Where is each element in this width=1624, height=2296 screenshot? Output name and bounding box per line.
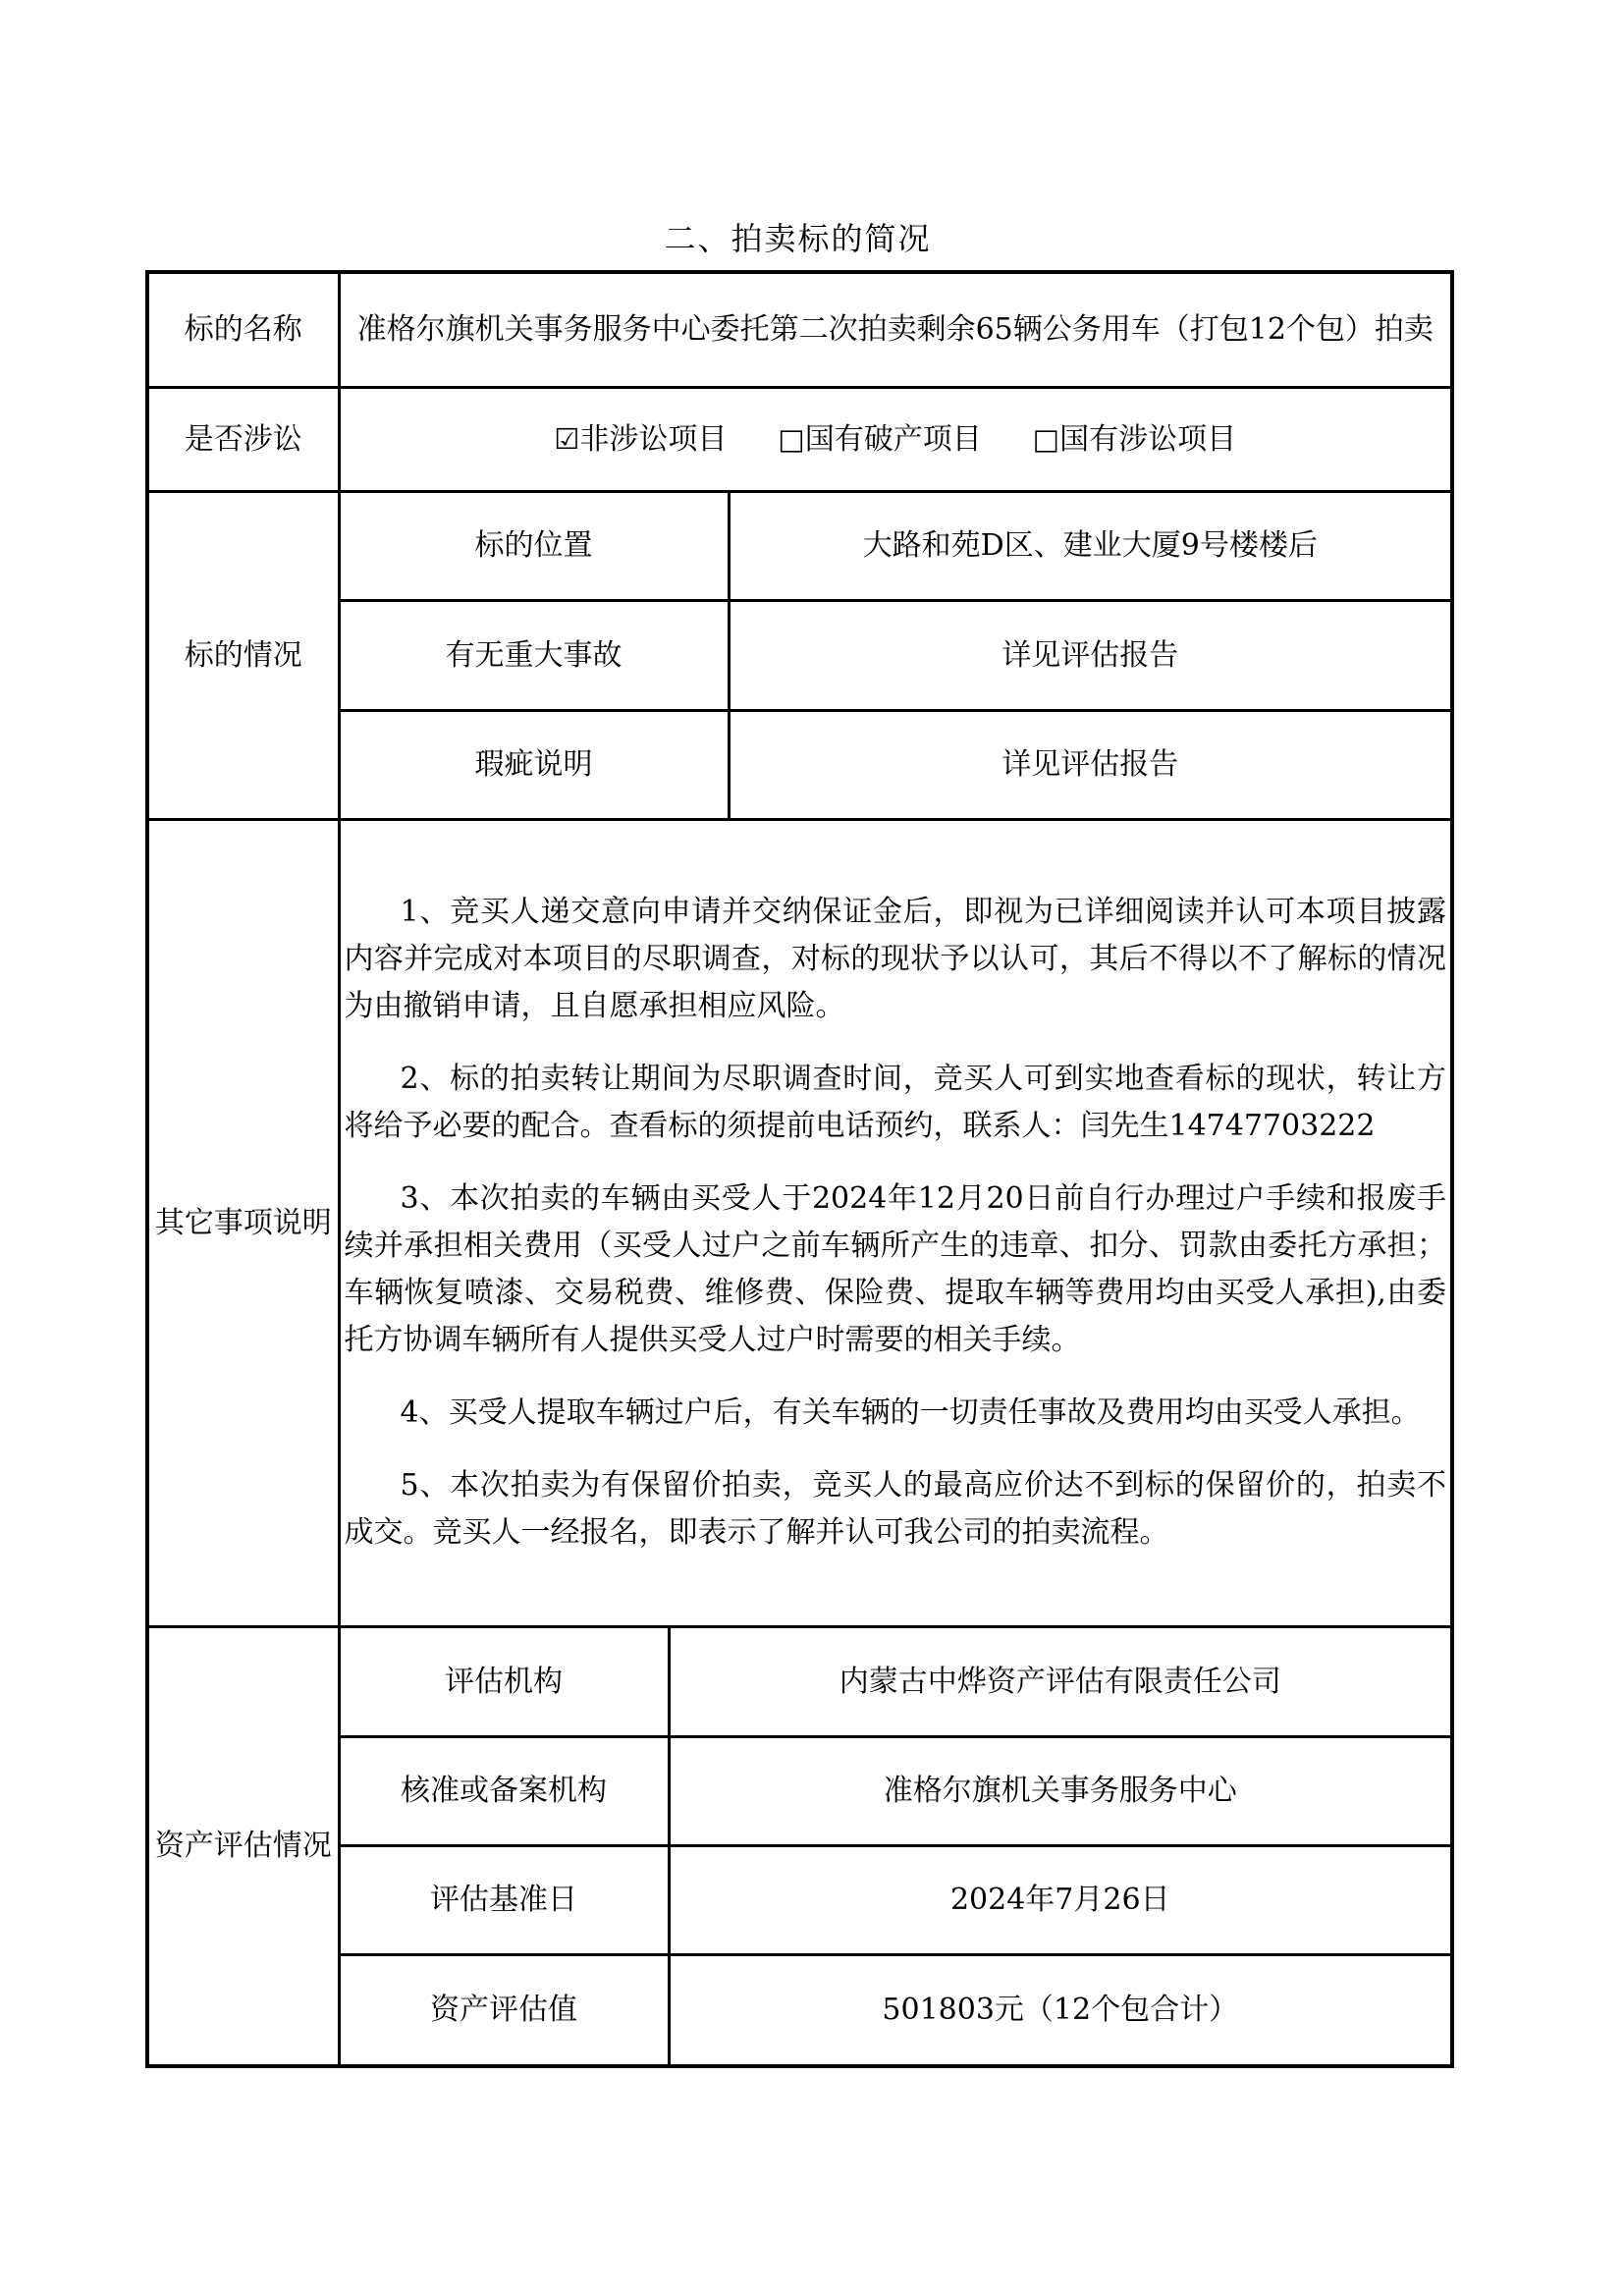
valuation-section-label: 资产评估情况 <box>147 1626 339 2066</box>
appraisal-agency-label: 评估机构 <box>339 1626 669 1736</box>
litigation-option-label: 国有涉讼项目 <box>1059 422 1236 457</box>
note-paragraph: 2、标的拍卖转让期间为尽职调查时间，竞买人可到实地查看标的现状，转让方将给予必要… <box>345 1056 1447 1150</box>
checkbox-unchecked-icon: □ <box>1033 422 1059 456</box>
major-accident-label: 有无重大事故 <box>339 600 729 710</box>
subject-name-value: 准格尔旗机关事务服务中心委托第二次拍卖剩余65辆公务用车（打包12个包）拍卖 <box>339 272 1452 387</box>
row-subject-location: 标的情况 标的位置 大路和苑D区、建业大厦9号楼楼后 <box>147 491 1452 600</box>
litigation-options: ☑非涉讼项目□国有破产项目□国有涉讼项目 <box>339 387 1452 491</box>
litigation-option-non-litigation: ☑非涉讼项目 <box>554 422 727 457</box>
row-other-notes: 其它事项说明 1、竞买人递交意向申请并交纳保证金后，即视为已详细阅读并认可本项目… <box>147 819 1452 1626</box>
defect-description-value: 详见评估报告 <box>729 710 1452 819</box>
other-notes-content: 1、竞买人递交意向申请并交纳保证金后，即视为已详细阅读并认可本项目披露内容并完成… <box>339 819 1452 1626</box>
row-subject-name: 标的名称 准格尔旗机关事务服务中心委托第二次拍卖剩余65辆公务用车（打包12个包… <box>147 272 1452 387</box>
auction-summary-table: 标的名称 准格尔旗机关事务服务中心委托第二次拍卖剩余65辆公务用车（打包12个包… <box>145 270 1454 2068</box>
litigation-label: 是否涉讼 <box>147 387 339 491</box>
note-paragraph: 1、竞买人递交意向申请并交纳保证金后，即视为已详细阅读并认可本项目披露内容并完成… <box>345 889 1447 1030</box>
note-paragraph: 5、本次拍卖为有保留价拍卖，竞买人的最高应价达不到标的保留价的，拍卖不成交。竞买… <box>345 1462 1447 1557</box>
row-appraised-value: 资产评估值 501803元（12个包合计） <box>147 1954 1452 2066</box>
appraisal-agency-value: 内蒙古中烨资产评估有限责任公司 <box>669 1626 1452 1736</box>
subject-name-label: 标的名称 <box>147 272 339 387</box>
appraised-value-value: 501803元（12个包合计） <box>669 1954 1452 2066</box>
checkbox-unchecked-icon: □ <box>778 422 804 456</box>
subject-status-label: 标的情况 <box>147 491 339 819</box>
row-defect-description: 瑕疵说明 详见评估报告 <box>147 710 1452 819</box>
row-approval-agency: 核准或备案机构 准格尔旗机关事务服务中心 <box>147 1736 1452 1845</box>
litigation-option-label: 非涉讼项目 <box>579 422 727 457</box>
checkbox-checked-icon: ☑ <box>554 422 579 456</box>
appraised-value-label: 资产评估值 <box>339 1954 669 2066</box>
appraisal-base-date-value: 2024年7月26日 <box>669 1845 1452 1954</box>
approval-agency-label: 核准或备案机构 <box>339 1736 669 1845</box>
other-notes-label: 其它事项说明 <box>147 819 339 1626</box>
note-paragraph: 3、本次拍卖的车辆由买受人于2024年12月20日前自行办理过户手续和报废手续并… <box>345 1175 1447 1364</box>
note-paragraph: 4、买受人提取车辆过户后，有关车辆的一切责任事故及费用均由买受人承担。 <box>345 1390 1447 1437</box>
defect-description-label: 瑕疵说明 <box>339 710 729 819</box>
subject-location-label: 标的位置 <box>339 491 729 600</box>
row-litigation: 是否涉讼 ☑非涉讼项目□国有破产项目□国有涉讼项目 <box>147 387 1452 491</box>
row-appraisal-agency: 资产评估情况 评估机构 内蒙古中烨资产评估有限责任公司 <box>147 1626 1452 1736</box>
litigation-option-state-litigation: □国有涉讼项目 <box>1033 422 1236 457</box>
row-major-accident: 有无重大事故 详见评估报告 <box>147 600 1452 710</box>
appraisal-base-date-label: 评估基准日 <box>339 1845 669 1954</box>
document-page: 二、拍卖标的简况 标的名称 准格尔旗机关事务服务中心委托第二次拍卖剩余65辆公务… <box>0 0 1624 2296</box>
section-title: 二、拍卖标的简况 <box>145 214 1450 259</box>
litigation-option-label: 国有破产项目 <box>805 422 982 457</box>
subject-location-value: 大路和苑D区、建业大厦9号楼楼后 <box>729 491 1452 600</box>
major-accident-value: 详见评估报告 <box>729 600 1452 710</box>
approval-agency-value: 准格尔旗机关事务服务中心 <box>669 1736 1452 1845</box>
row-appraisal-base-date: 评估基准日 2024年7月26日 <box>147 1845 1452 1954</box>
litigation-option-state-bankruptcy: □国有破产项目 <box>778 422 981 457</box>
